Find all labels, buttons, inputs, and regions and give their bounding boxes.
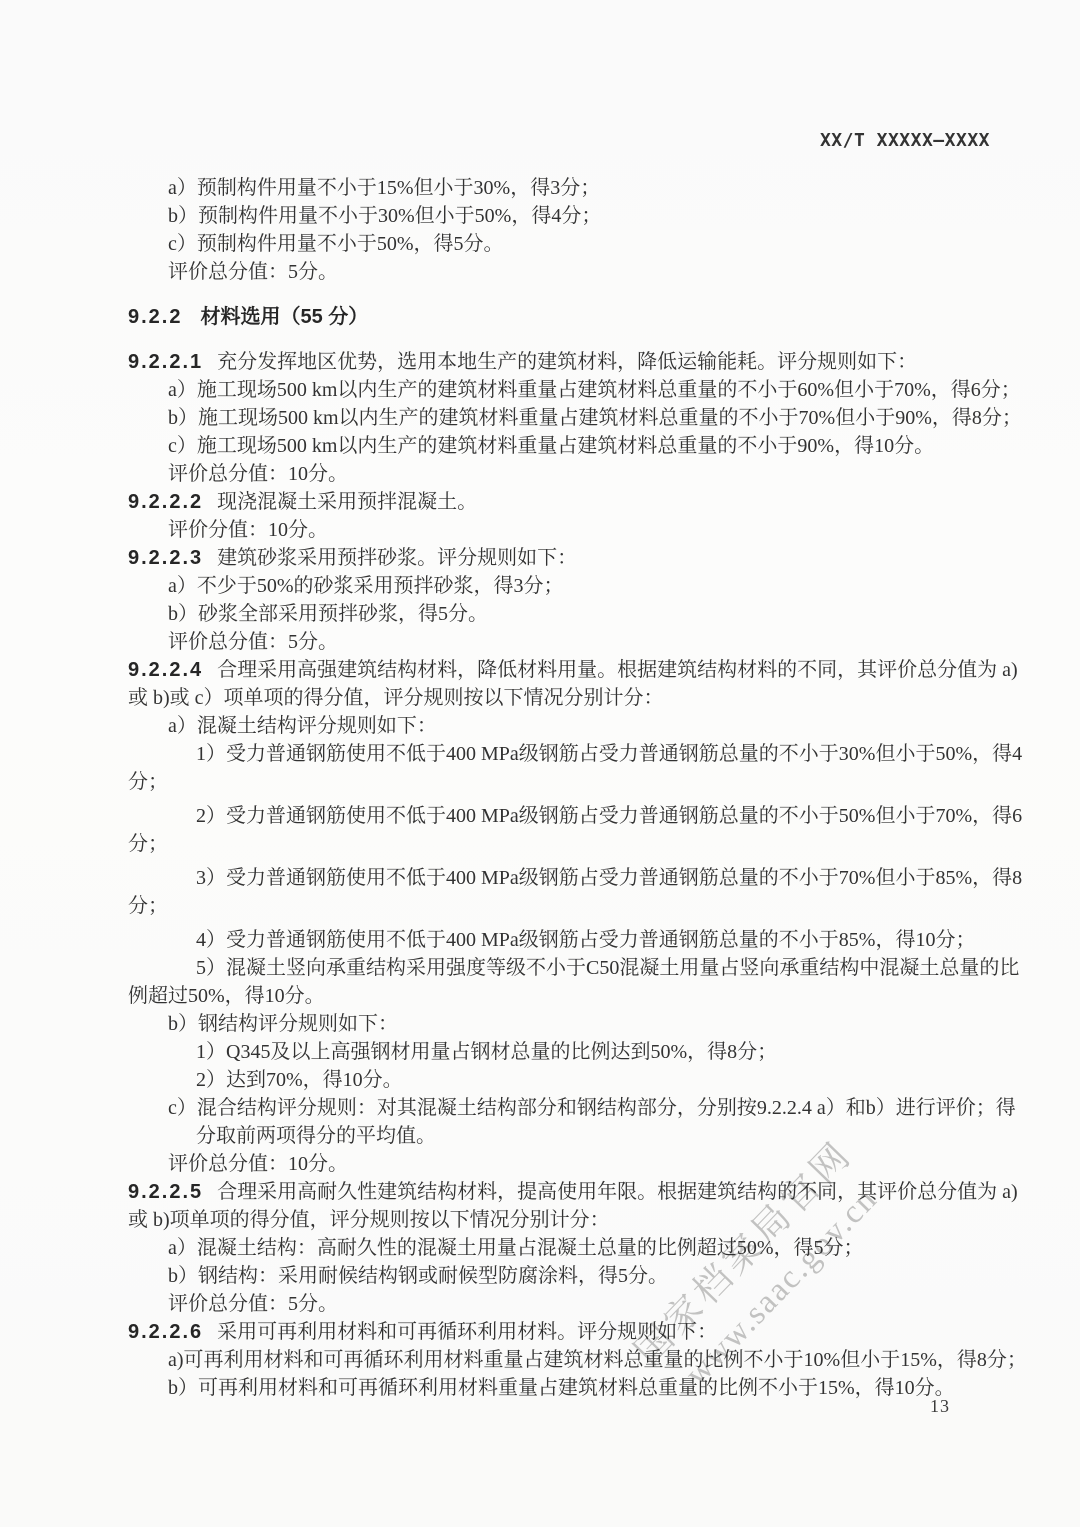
- clause-number: 9.2.2.1: [128, 351, 203, 373]
- text-line: a）不少于50%的砂浆采用预拌砂浆，得3分；: [128, 572, 990, 600]
- text-line: 分；: [128, 768, 990, 796]
- text-line: 或 b)项单项的得分值，评分规则按以下情况分别计分：: [128, 1206, 990, 1234]
- text-line: c）混合结构评分规则：对其混凝土结构部分和钢结构部分，分别按9.2.2.4 a）…: [128, 1094, 990, 1122]
- text-line: 2）达到70%，得10分。: [128, 1066, 990, 1094]
- text-line: b）可再利用材料和可再循环利用材料重量占建筑材料总重量的比例不小于15%，得10…: [128, 1374, 990, 1402]
- clause-line: 9.2.2.1充分发挥地区优势，选用本地生产的建筑材料，降低运输能耗。评分规则如…: [128, 348, 990, 376]
- clause-text: 合理采用高强建筑结构材料，降低材料用量。根据建筑结构材料的不同，其评价总分值为 …: [217, 659, 1018, 681]
- text-line: 评价总分值：5分。: [128, 1290, 990, 1318]
- clause-number: 9.2.2.2: [128, 491, 203, 513]
- clause-number: 9.2.2.4: [128, 659, 203, 681]
- text-line: 评价总分值：5分。: [128, 258, 990, 286]
- text-line: 评价总分值：10分。: [128, 460, 990, 488]
- text-line: 分；: [128, 892, 990, 920]
- clause-number: 9.2.2: [128, 306, 182, 328]
- text-line: a)可再利用材料和可再循环利用材料重量占建筑材料总重量的比例不小于10%但小于1…: [128, 1346, 990, 1374]
- section-title: 材料选用（55 分）: [200, 306, 368, 328]
- clause-number: 9.2.2.6: [128, 1321, 203, 1343]
- clause-line: 9.2.2.3建筑砂浆采用预拌砂浆。评分规则如下：: [128, 544, 990, 572]
- text-line: 分；: [128, 830, 990, 858]
- section-heading: 9.2.2材料选用（55 分）: [128, 303, 990, 331]
- text-line: b）钢结构评分规则如下：: [128, 1010, 990, 1038]
- text-line: 4）受力普通钢筋使用不低于400 MPa级钢筋占受力普通钢筋总量的不小于85%，…: [128, 926, 990, 954]
- clause-line: 9.2.2.5合理采用高耐久性建筑结构材料，提高使用年限。根据建筑结构的不同，其…: [128, 1178, 990, 1206]
- text-line: 1）受力普通钢筋使用不低于400 MPa级钢筋占受力普通钢筋总量的不小于30%但…: [128, 740, 990, 768]
- clause-line: 9.2.2.2现浇混凝土采用预拌混凝土。: [128, 488, 990, 516]
- text-line: a）预制构件用量不小于15%但小于30%，得3分；: [128, 174, 990, 202]
- clause-number: 9.2.2.5: [128, 1181, 203, 1203]
- text-line: b）预制构件用量不小于30%但小于50%，得4分；: [128, 202, 990, 230]
- document-code-header: XX/T XXXXX—XXXX: [820, 130, 990, 151]
- clause-text: 现浇混凝土采用预拌混凝土。: [217, 491, 477, 513]
- text-line: b）钢结构：采用耐候结构钢或耐候型防腐涂料，得5分。: [128, 1262, 990, 1290]
- text-line: 分取前两项得分的平均值。: [128, 1122, 990, 1150]
- text-line: c）预制构件用量不小于50%，得5分。: [128, 230, 990, 258]
- text-line: 3）受力普通钢筋使用不低于400 MPa级钢筋占受力普通钢筋总量的不小于70%但…: [128, 864, 990, 892]
- text-line: 5）混凝土竖向承重结构采用强度等级不小于C50混凝土用量占竖向承重结构中混凝土总…: [128, 954, 990, 982]
- document-page: XX/T XXXXX—XXXX 国家档案局官网 www.saac.gov.cn …: [0, 0, 1080, 1527]
- clause-line: 9.2.2.6采用可再利用材料和可再循环利用材料。评分规则如下：: [128, 1318, 990, 1346]
- text-line: a）混凝土结构：高耐久性的混凝土用量占混凝土总量的比例超过50%，得5分；: [128, 1234, 990, 1262]
- text-line: b）施工现场500 km以内生产的建筑材料重量占建筑材料总重量的不小于70%但小…: [128, 404, 990, 432]
- clause-text: 建筑砂浆采用预拌砂浆。评分规则如下：: [217, 547, 577, 569]
- text-line: 2）受力普通钢筋使用不低于400 MPa级钢筋占受力普通钢筋总量的不小于50%但…: [128, 802, 990, 830]
- clause-text: 采用可再利用材料和可再循环利用材料。评分规则如下：: [217, 1321, 717, 1343]
- clause-text: 充分发挥地区优势，选用本地生产的建筑材料，降低运输能耗。评分规则如下：: [217, 351, 917, 373]
- text-line: 或 b)或 c）项单项的得分值，评分规则按以下情况分别计分：: [128, 684, 990, 712]
- text-line: 评价总分值：10分。: [128, 1150, 990, 1178]
- clause-line: 9.2.2.4合理采用高强建筑结构材料，降低材料用量。根据建筑结构材料的不同，其…: [128, 656, 990, 684]
- text-line: 1）Q345及以上高强钢材用量占钢材总量的比例达到50%，得8分；: [128, 1038, 990, 1066]
- text-line: 例超过50%，得10分。: [128, 982, 990, 1010]
- text-line: 评价分值：10分。: [128, 516, 990, 544]
- text-line: b）砂浆全部采用预拌砂浆，得5分。: [128, 600, 990, 628]
- text-line: c）施工现场500 km以内生产的建筑材料重量占建筑材料总重量的不小于90%，得…: [128, 432, 990, 460]
- document-body: a）预制构件用量不小于15%但小于30%，得3分；b）预制构件用量不小于30%但…: [128, 174, 990, 1402]
- text-line: a）混凝土结构评分规则如下：: [128, 712, 990, 740]
- text-line: 评价总分值：5分。: [128, 628, 990, 656]
- text-line: a）施工现场500 km以内生产的建筑材料重量占建筑材料总重量的不小于60%但小…: [128, 376, 990, 404]
- clause-text: 合理采用高耐久性建筑结构材料，提高使用年限。根据建筑结构的不同，其评价总分值为 …: [217, 1181, 1018, 1203]
- clause-number: 9.2.2.3: [128, 547, 203, 569]
